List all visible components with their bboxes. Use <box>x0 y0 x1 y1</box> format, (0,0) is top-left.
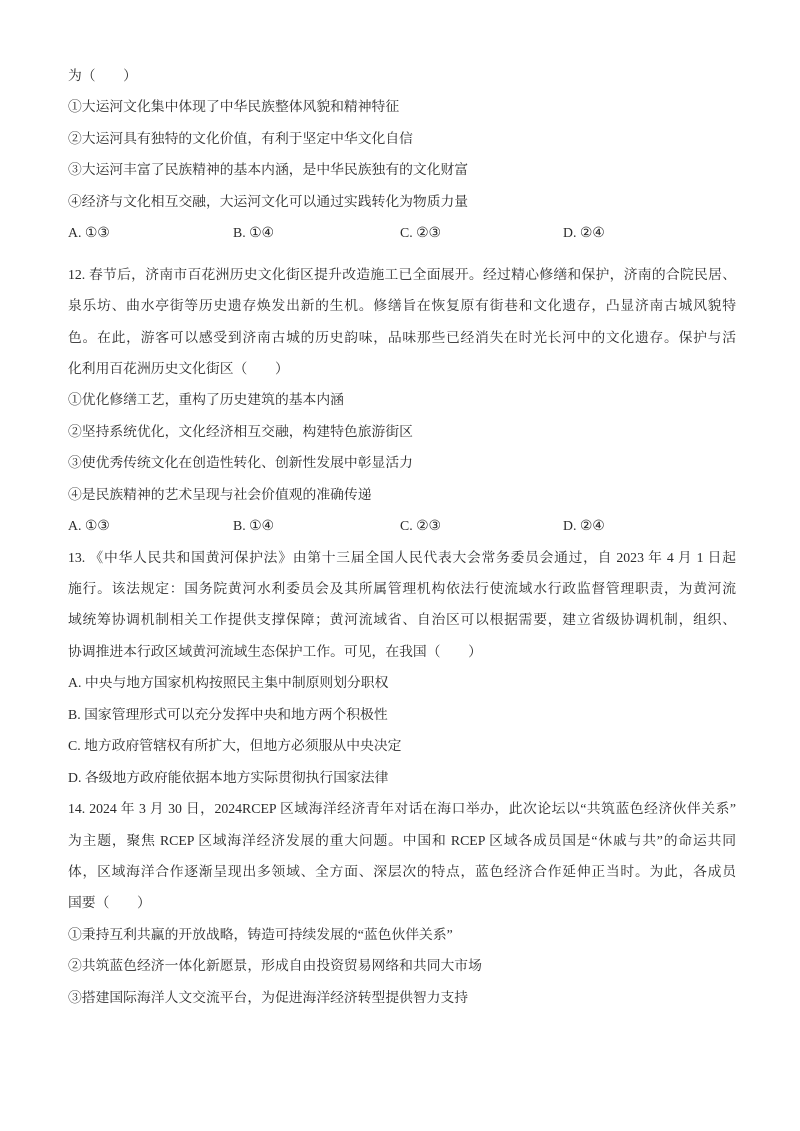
exam-paper-page: 为（ ） ①大运河文化集中体现了中华民族整体风貌和精神特征 ②大运河具有独特的文… <box>0 0 800 1131</box>
question-12-choice-c: C. ②③ <box>400 510 563 541</box>
question-12-stem-line-1: 12. 春节后，济南市百花洲历史文化街区提升改造施工已全面展开。经过精心修缮和保… <box>68 259 736 290</box>
question-13-stem-line-4: 协调推进本行政区域黄河流域生态保护工作。可见，在我国（ ） <box>68 636 736 667</box>
question-11-block: 为（ ） ①大运河文化集中体现了中华民族整体风貌和精神特征 ②大运河具有独特的文… <box>68 60 736 249</box>
question-13-stem-line-2: 施行。该法规定：国务院黄河水利委员会及其所属管理机构依法行使流域水行政监督管理职… <box>68 573 736 604</box>
question-12-choice-row: A. ①③ B. ①④ C. ②③ D. ②④ <box>68 510 736 541</box>
question-13-choice-c: C. 地方政府管辖权有所扩大，但地方必须服从中央决定 <box>68 730 736 761</box>
question-14-statement-1: ①秉持互利共赢的开放战略，铸造可持续发展的“蓝色伙伴关系” <box>68 919 736 950</box>
question-12-stem-line-3: 色。在此，游客可以感受到济南古城的历史韵味，品味那些已经消失在时光长河中的文化遗… <box>68 322 736 353</box>
question-13-choice-d: D. 各级地方政府能依据本地方实际贯彻执行国家法律 <box>68 762 736 793</box>
question-14-block: 14. 2024 年 3 月 30 日，2024RCEP 区域海洋经济青年对话在… <box>68 793 736 1013</box>
question-12-choice-a: A. ①③ <box>68 510 233 541</box>
question-11-stem-tail: 为（ ） <box>68 60 736 91</box>
question-14-stem-line-2: 为主题，聚焦 RCEP 区域海洋经济发展的重大问题。中国和 RCEP 区域各成员… <box>68 825 736 856</box>
question-12-block: 12. 春节后，济南市百花洲历史文化街区提升改造施工已全面展开。经过精心修缮和保… <box>68 259 736 542</box>
question-12-stem-line-2: 泉乐坊、曲水亭街等历史遗存焕发出新的生机。修缮旨在恢复原有街巷和文化遗存，凸显济… <box>68 290 736 321</box>
question-11-choice-row: A. ①③ B. ①④ C. ②③ D. ②④ <box>68 217 736 248</box>
question-12-statement-3: ③使优秀传统文化在创造性转化、创新性发展中彰显活力 <box>68 447 736 478</box>
question-14-stem-line-1: 14. 2024 年 3 月 30 日，2024RCEP 区域海洋经济青年对话在… <box>68 793 736 824</box>
question-11-statement-2: ②大运河具有独特的文化价值，有利于坚定中华文化自信 <box>68 123 736 154</box>
question-12-choice-b: B. ①④ <box>233 510 400 541</box>
question-11-choice-c: C. ②③ <box>400 217 563 248</box>
question-12-choice-d: D. ②④ <box>563 510 736 541</box>
question-13-block: 13. 《中华人民共和国黄河保护法》由第十三届全国人民代表大会常务委员会通过，自… <box>68 542 736 794</box>
question-12-stem-line-4: 化利用百花洲历史文化街区（ ） <box>68 353 736 384</box>
question-12-statement-4: ④是民族精神的艺术呈现与社会价值观的准确传递 <box>68 479 736 510</box>
question-11-choice-b: B. ①④ <box>233 217 400 248</box>
question-13-choice-a: A. 中央与地方国家机构按照民主集中制原则划分职权 <box>68 667 736 698</box>
question-11-statement-3: ③大运河丰富了民族精神的基本内涵，是中华民族独有的文化财富 <box>68 154 736 185</box>
question-11-choice-d: D. ②④ <box>563 217 736 248</box>
question-12-statement-2: ②坚持系统优化，文化经济相互交融，构建特色旅游街区 <box>68 416 736 447</box>
question-11-statement-4: ④经济与文化相互交融，大运河文化可以通过实践转化为物质力量 <box>68 186 736 217</box>
question-14-statement-3: ③搭建国际海洋人文交流平台，为促进海洋经济转型提供智力支持 <box>68 982 736 1013</box>
question-14-stem-line-4: 国要（ ） <box>68 887 736 918</box>
question-11-choice-a: A. ①③ <box>68 217 233 248</box>
question-11-statement-1: ①大运河文化集中体现了中华民族整体风貌和精神特征 <box>68 91 736 122</box>
question-12-statement-1: ①优化修缮工艺，重构了历史建筑的基本内涵 <box>68 384 736 415</box>
question-14-stem-line-3: 体，区域海洋合作逐渐呈现出多领域、全方面、深层次的特点，蓝色经济合作延伸正当时。… <box>68 856 736 887</box>
question-14-statement-2: ②共筑蓝色经济一体化新愿景，形成自由投资贸易网络和共同大市场 <box>68 950 736 981</box>
question-13-choice-b: B. 国家管理形式可以充分发挥中央和地方两个积极性 <box>68 699 736 730</box>
question-13-stem-line-1: 13. 《中华人民共和国黄河保护法》由第十三届全国人民代表大会常务委员会通过，自… <box>68 542 736 573</box>
question-13-stem-line-3: 域统筹协调机制相关工作提供支撑保障；黄河流域省、自治区可以根据需要，建立省级协调… <box>68 604 736 635</box>
